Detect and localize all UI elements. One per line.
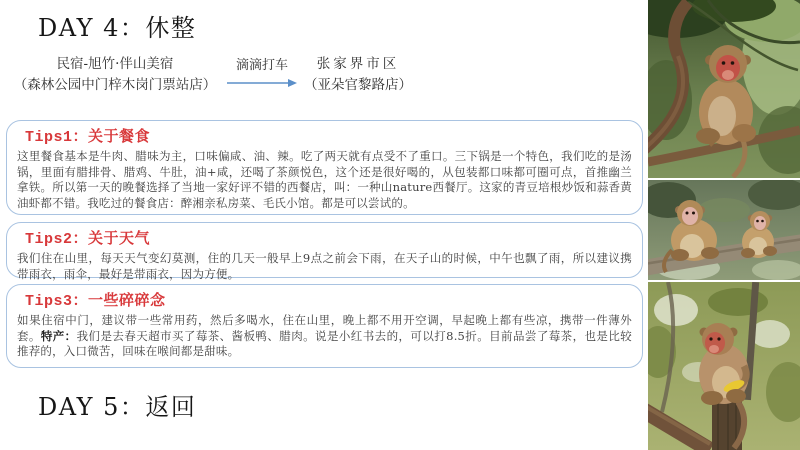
monkey-on-branch-illustration: [648, 0, 800, 178]
day5-heading: DAY 5：返回: [38, 387, 196, 422]
tips2-body: 我们住在山里，每天天气变幻莫测，住的几天一般早上9点之前会下雨，在天子山的时候，…: [17, 251, 632, 282]
route-transfer: 滴滴打车: [224, 54, 300, 89]
destination-name: 张家界市区: [296, 54, 420, 75]
two-monkeys-illustration: [648, 180, 800, 280]
route-origin: 民宿-旭竹·伴山美宿 （森林公园中门梓木岗门票站店）: [2, 54, 228, 96]
photo-monkey-with-banana: [648, 282, 800, 450]
monkey-with-banana-illustration: [648, 282, 800, 450]
tips3-title: Tips3：一些碎碎念: [25, 289, 632, 310]
photo-monkey-on-branch: [648, 0, 800, 178]
tips3-line2: 我们是去春天超市买了莓茶、酱板鸭、腊肉。说是小红书去的，可以打8.5折。目前品尝…: [17, 329, 632, 359]
route-diagram: 民宿-旭竹·伴山美宿 （森林公园中门梓木岗门票站店） 滴滴打车 张家界市区 （亚…: [0, 52, 440, 102]
tips2-title: Tips2：关于天气: [25, 227, 632, 248]
day4-heading: DAY 4：休整: [38, 8, 196, 43]
photo-strip: [648, 0, 800, 450]
origin-name: 民宿-旭竹·伴山美宿: [2, 54, 228, 75]
tips3-box: Tips3：一些碎碎念 如果住宿中门，建议带一些常用药，然后多喝水，住在山里，晚…: [6, 284, 643, 368]
tips1-title: Tips1：关于餐食: [25, 125, 632, 146]
tips1-body: 这里餐食基本是牛肉、腊味为主，口味偏咸、油、辣。吃了两天就有点受不了重口。三下锅…: [17, 149, 632, 211]
transfer-method-label: 滴滴打车: [236, 58, 288, 73]
travel-note-page: DAY 4：休整 民宿-旭竹·伴山美宿 （森林公园中门梓木岗门票站店） 滴滴打车…: [0, 0, 800, 450]
tips3-body: 如果住宿中门，建议带一些常用药，然后多喝水，住在山里，晚上都不用开空调，早起晚上…: [17, 313, 632, 360]
tips3-bold-label: 特产：: [41, 329, 77, 343]
right-arrow-icon: [226, 77, 298, 89]
tips2-box: Tips2：关于天气 我们住在山里，每天天气变幻莫测，住的几天一般早上9点之前会…: [6, 222, 643, 278]
route-destination: 张家界市区 （亚朵官黎路店）: [296, 54, 420, 96]
destination-detail: （亚朵官黎路店）: [296, 75, 420, 96]
photo-two-monkeys-on-log: [648, 180, 800, 280]
origin-detail: （森林公园中门梓木岗门票站店）: [2, 75, 228, 96]
tips1-box: Tips1：关于餐食 这里餐食基本是牛肉、腊味为主，口味偏咸、油、辣。吃了两天就…: [6, 120, 643, 215]
